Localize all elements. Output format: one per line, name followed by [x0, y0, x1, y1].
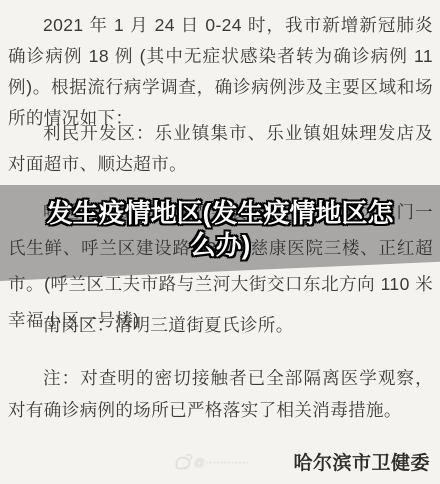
overlay-title-line1: 发生疫情地区(发生疫情地区怎 [0, 197, 440, 229]
overlay-title-line2: 么办) [0, 229, 440, 261]
issuer-signature: 哈尔滨市卫健委 [293, 448, 430, 475]
notice-paragraph-limin-district: 利民开发区：乐业镇集市、乐业镇姐妹理发店及对面超市、顺达超市。 [8, 118, 433, 180]
notice-paragraph-nangang-district: 南岗区：清明三道街夏氏诊所。 [8, 310, 433, 341]
weibo-icon [176, 457, 190, 469]
notice-paragraph-note: 注：对查明的密切接触者已全部隔离医学观察，对有确诊病例的场所已严格落实了相关消毒… [8, 362, 433, 426]
notice-paragraph-summary: 2021 年 1 月 24 日 0-24 时，我市新增新冠肺炎确诊病例 18 例… [8, 10, 433, 134]
overlay-title: 发生疫情地区(发生疫情地区怎 么办) [0, 197, 440, 261]
watermark-text: @⋯⋯⋯⋯ [194, 456, 249, 469]
watermark: @⋯⋯⋯⋯ [176, 456, 249, 469]
epidemic-notice-page: 2021 年 1 月 24 日 0-24 时，我市新增新冠肺炎确诊病例 18 例… [0, 0, 440, 484]
